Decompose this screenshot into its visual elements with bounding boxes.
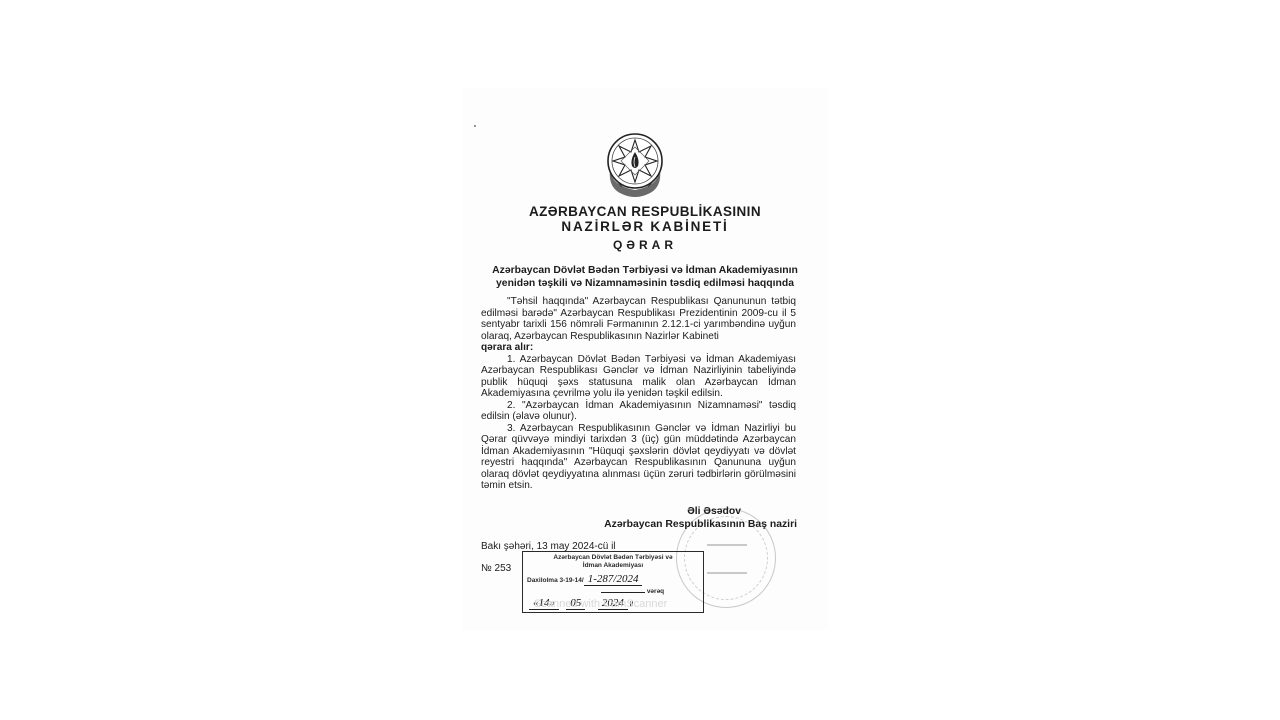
document-number: № 253 (481, 563, 511, 574)
incoming-number: 1-287/2024 (584, 573, 643, 586)
stamp-sheets: vərəq (601, 588, 664, 595)
preamble: "Təhsil haqqında" Azərbaycan Respublikas… (481, 296, 796, 342)
document-body: "Təhsil haqqında" Azərbaycan Respublikas… (481, 296, 796, 492)
decision-item-1: 1. Azərbaycan Dövlət Bədən Tərbiyəsi və … (481, 354, 796, 400)
signatory-name: Əli Əsədov (604, 505, 797, 518)
state-emblem-icon (604, 130, 666, 198)
issuer-line-1: AZƏRBAYCAN RESPUBLİKASININ (462, 204, 828, 219)
document-type: QƏRAR (462, 238, 828, 252)
signatory-title: Azərbaycan Respublikasının Baş naziri (604, 518, 797, 531)
incoming-label: Daxilolma 3-19-14/ (527, 577, 584, 584)
seal-center-mark (707, 544, 747, 574)
scan-speck (474, 125, 476, 127)
subject-line-2: yenidən təşkili və Nizamnaməsinin təsdiq… (478, 277, 812, 290)
sheets-label: vərəq (647, 588, 664, 595)
signature-block: Əli Əsədov Azərbaycan Respublikasının Ba… (604, 505, 797, 531)
stamp-org-line-2: İdman Akademiyası (523, 562, 703, 570)
document-subject: Azərbaycan Dövlət Bədən Tərbiyəsi və İdm… (478, 264, 812, 290)
sheets-blank (601, 592, 645, 593)
decision-item-2: 2. "Azərbaycan İdman Akademiyasının Niza… (481, 400, 796, 423)
issuer-line-2: NAZİRLƏR KABİNETİ (462, 219, 828, 234)
stamp-org-line-1: Azərbaycan Dövlət Bədən Tərbiyəsi və (523, 554, 703, 562)
decision-phrase: qərara alır: (481, 342, 796, 354)
stamp-incoming: Daxilolma 3-19-14/1-287/2024 (527, 573, 642, 585)
scanner-watermark: Scanned with CamScanner (534, 598, 667, 610)
subject-line-1: Azərbaycan Dövlət Bədən Tərbiyəsi və İdm… (478, 264, 812, 277)
stamp-organization: Azərbaycan Dövlət Bədən Tərbiyəsi və İdm… (523, 554, 703, 570)
preamble-text: "Təhsil haqqında" Azərbaycan Respublikas… (481, 296, 796, 342)
decision-item-3: 3. Azərbaycan Respublikasının Gənclər və… (481, 423, 796, 492)
